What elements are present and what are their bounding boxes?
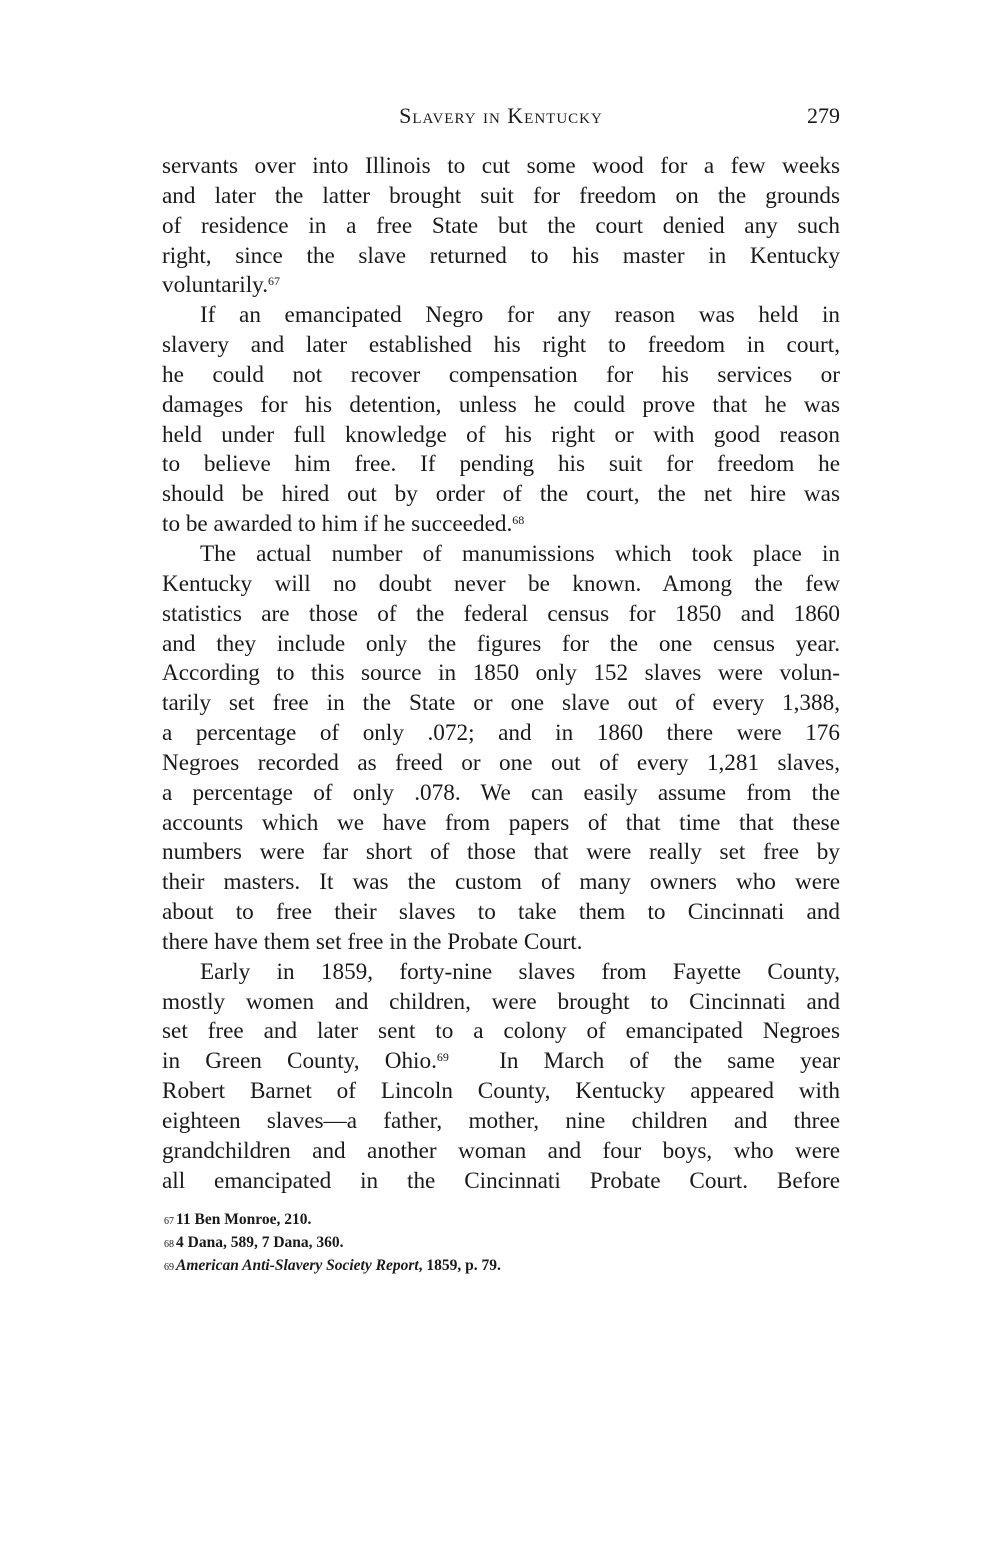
text-line: a percentage of only .078. We can easily… xyxy=(162,779,840,809)
text-span: voluntarily. xyxy=(162,272,268,298)
text-line: damages for his detention, unless he cou… xyxy=(162,391,840,421)
text-line: According to this source in 1850 only 15… xyxy=(162,659,840,689)
text-line: voluntarily.67 xyxy=(162,271,840,301)
text-line: accounts which we have from papers of th… xyxy=(162,809,840,839)
text-line: to believe him free. If pending his suit… xyxy=(162,450,840,480)
footnote-text: 11 Ben Monroe, 210. xyxy=(176,1211,311,1228)
text-line: slavery and later established his right … xyxy=(162,331,840,361)
text-line: statistics are those of the federal cens… xyxy=(162,600,840,630)
text-line: in Green County, Ohio.69 In March of the… xyxy=(162,1047,840,1077)
text-line: should be hired out by order of the cour… xyxy=(162,480,840,510)
text-line: numbers were far short of those that wer… xyxy=(162,838,840,868)
footnote-67: 6711 Ben Monroe, 210. xyxy=(162,1208,840,1231)
paragraph: servants over into Illinois to cut some … xyxy=(162,152,840,301)
footnote-text: 4 Dana, 589, 7 Dana, 360. xyxy=(176,1234,344,1251)
text-line: and later the latter brought suit for fr… xyxy=(162,182,840,212)
footnote-text: , 1859, p. 79. xyxy=(419,1257,501,1274)
footnote-ref[interactable]: 67 xyxy=(268,274,280,288)
footnote-69: 69American Anti-Slavery Society Report, … xyxy=(162,1254,840,1277)
running-head: Slavery in Kentucky 279 xyxy=(162,103,840,133)
text-line: held under full knowledge of his right o… xyxy=(162,421,840,451)
text-line: their masters. It was the custom of many… xyxy=(162,868,840,898)
text-line: servants over into Illinois to cut some … xyxy=(162,152,840,182)
text-line: he could not recover compensation for hi… xyxy=(162,361,840,391)
footnote-ref[interactable]: 69 xyxy=(437,1050,449,1064)
text-line: of residence in a free State but the cou… xyxy=(162,212,840,242)
text-line: all emancipated in the Cincinnati Probat… xyxy=(162,1167,840,1197)
text-line: right, since the slave returned to his m… xyxy=(162,242,840,272)
text-line: and they include only the figures for th… xyxy=(162,630,840,660)
text-line: a percentage of only .072; and in 1860 t… xyxy=(162,719,840,749)
footnote-number: 67 xyxy=(164,1216,174,1227)
text-span: to be awarded to him if he succeeded. xyxy=(162,511,512,537)
text-line: Robert Barnet of Lincoln County, Kentuck… xyxy=(162,1077,840,1107)
text-line: eighteen slaves—a father, mother, nine c… xyxy=(162,1107,840,1137)
footnote-number: 68 xyxy=(164,1239,174,1250)
running-title: Slavery in Kentucky xyxy=(162,103,840,129)
footnotes: 6711 Ben Monroe, 210. 684 Dana, 589, 7 D… xyxy=(162,1208,840,1277)
footnote-68: 684 Dana, 589, 7 Dana, 360. xyxy=(162,1231,840,1254)
footnote-title: American Anti-Slavery Society Report xyxy=(176,1257,419,1274)
text-span: in Green County, Ohio. xyxy=(162,1048,437,1074)
text-line: there have them set free in the Probate … xyxy=(162,928,840,958)
paragraph: Early in 1859, forty-nine slaves from Fa… xyxy=(162,958,840,1197)
paragraph: The actual number of manumissions which … xyxy=(162,540,840,958)
paragraph: If an emancipated Negro for any reason w… xyxy=(162,301,840,540)
text-span: In March of the same year xyxy=(449,1048,840,1074)
text-line: about to free their slaves to take them … xyxy=(162,898,840,928)
body-text: servants over into Illinois to cut some … xyxy=(162,152,840,1197)
footnote-ref[interactable]: 68 xyxy=(512,513,524,527)
text-line: set free and later sent to a colony of e… xyxy=(162,1017,840,1047)
text-line: tarily set free in the State or one slav… xyxy=(162,689,840,719)
text-line: Negroes recorded as freed or one out of … xyxy=(162,749,840,779)
text-line: mostly women and children, were brought … xyxy=(162,988,840,1018)
text-line: If an emancipated Negro for any reason w… xyxy=(162,301,840,331)
text-line: grandchildren and another woman and four… xyxy=(162,1137,840,1167)
text-line: Early in 1859, forty-nine slaves from Fa… xyxy=(162,958,840,988)
text-line: The actual number of manumissions which … xyxy=(162,540,840,570)
page-number: 279 xyxy=(807,103,840,129)
text-line: Kentucky will no doubt never be known. A… xyxy=(162,570,840,600)
text-line: to be awarded to him if he succeeded.68 xyxy=(162,510,840,540)
footnote-number: 69 xyxy=(164,1262,174,1273)
